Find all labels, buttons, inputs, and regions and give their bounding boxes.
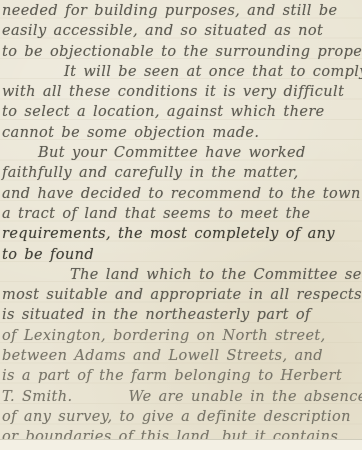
- handwritten-line: needed for building purposes, and still …: [2, 1, 360, 21]
- handwritten-line: and have decided to recommend to the tow…: [2, 184, 360, 204]
- handwritten-line: faithfully and carefully in the matter,: [2, 163, 360, 183]
- handwritten-line: T. Smith. We are unable in the absence: [2, 387, 360, 407]
- handwritten-line: is a part of the farm belonging to Herbe…: [2, 366, 360, 386]
- handwritten-line: to be objectionable to the surrounding p…: [2, 42, 360, 62]
- handwritten-page: needed for building purposes, and still …: [0, 0, 362, 450]
- handwritten-line: to select a location, against which ther…: [2, 102, 360, 122]
- handwritten-line: most suitable and appropriate in all res…: [2, 285, 360, 305]
- handwritten-line: with all these conditions it is very dif…: [2, 82, 360, 102]
- handwritten-line: But your Committee have worked: [2, 143, 360, 163]
- handwritten-line: requirements, the most completely of any: [2, 224, 360, 244]
- handwritten-line: to be found: [2, 245, 360, 265]
- handwritten-line: or boundaries of this land, but it conta…: [2, 427, 360, 447]
- handwritten-line: of Lexington, bordering on North street,: [2, 326, 360, 346]
- handwritten-line: cannot be some objection made.: [2, 123, 360, 143]
- handwritten-line: between Adams and Lowell Streets, and: [2, 346, 360, 366]
- handwritten-line: of any survey, to give a definite descri…: [2, 407, 360, 427]
- handwritten-text-block: needed for building purposes, and still …: [2, 1, 360, 448]
- handwritten-line: is situated in the northeasterly part of: [2, 305, 360, 325]
- handwritten-line: The land which to the Committee seems: [2, 265, 360, 285]
- handwritten-line: easily accessible, and so situated as no…: [2, 21, 360, 41]
- handwritten-line: It will be seen at once that to comply: [2, 62, 360, 82]
- handwritten-line: a tract of land that seems to meet the: [2, 204, 360, 224]
